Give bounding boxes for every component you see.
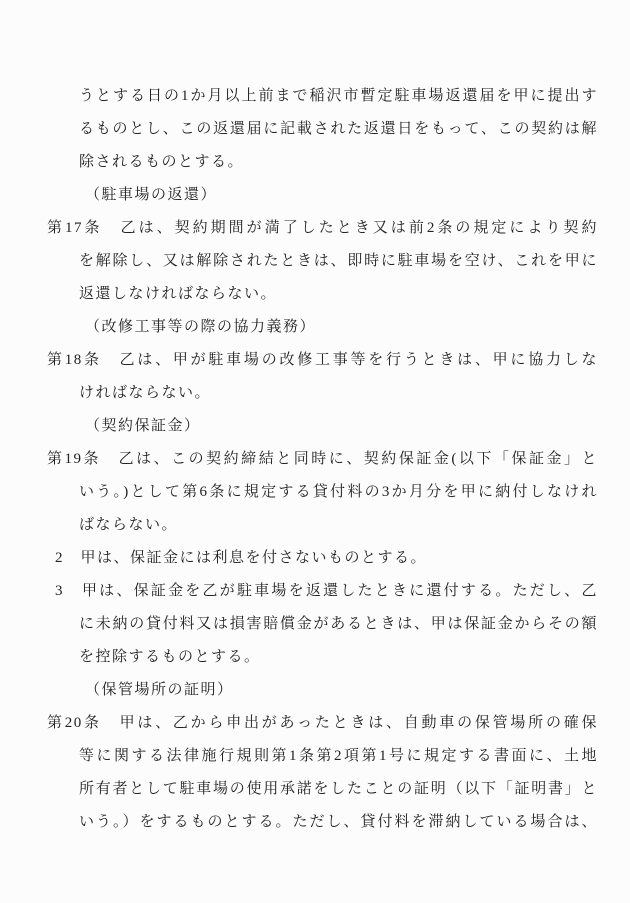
document-page: うとする日の1か月以上前まで稲沢市暫定駐車場返還届を甲に提出するものとし、この返… — [0, 0, 630, 903]
text-line: （駐車場の返還） — [47, 179, 598, 212]
text-line: を控除するものとする。 — [47, 641, 598, 674]
text-line: 第19条 乙は、この契約締結と同時に、契約保証金(以下「保証金」と — [47, 443, 598, 476]
text-line: （契約保証金） — [47, 410, 598, 443]
text-line: 等に関する法律施行規則第1条第2項第1号に規定する書面に、土地 — [47, 740, 598, 773]
text-line: るものとし、この返還届に記載された返還日をもって、この契約は解 — [47, 113, 598, 146]
text-line: 第18条 乙は、甲が駐車場の改修工事等を行うときは、甲に協力しな — [47, 344, 598, 377]
text-line: （保管場所の証明） — [47, 674, 598, 707]
text-line: 3 甲は、保証金を乙が駐車場を返還したときに還付する。ただし、乙 — [47, 575, 598, 608]
text-line: 第17条 乙は、契約期間が満了したとき又は前2条の規定により契約 — [47, 212, 598, 245]
document-body: うとする日の1か月以上前まで稲沢市暫定駐車場返還届を甲に提出するものとし、この返… — [47, 80, 598, 839]
text-line: 2 甲は、保証金には利息を付さないものとする。 — [47, 542, 598, 575]
text-line: に未納の貸付料又は損害賠償金があるときは、甲は保証金からその額 — [47, 608, 598, 641]
text-line: いう。)として第6条に規定する貸付料の3か月分を甲に納付しなけれ — [47, 476, 598, 509]
text-line: うとする日の1か月以上前まで稲沢市暫定駐車場返還届を甲に提出す — [47, 80, 598, 113]
text-line: 所有者として駐車場の使用承諾をしたことの証明（以下「証明書」と — [47, 773, 598, 806]
text-line: ければならない。 — [47, 377, 598, 410]
text-line: いう。）をするものとする。ただし、貸付料を滞納している場合は、こ — [47, 806, 598, 839]
text-line: を解除し、又は解除されたときは、即時に駐車場を空け、これを甲に — [47, 245, 598, 278]
text-line: 除されるものとする。 — [47, 146, 598, 179]
text-line: 返還しなければならない。 — [47, 278, 598, 311]
text-line: （改修工事等の際の協力義務） — [47, 311, 598, 344]
text-line: 第20条 甲は、乙から申出があったときは、自動車の保管場所の確保 — [47, 707, 598, 740]
text-line: ばならない。 — [47, 509, 598, 542]
